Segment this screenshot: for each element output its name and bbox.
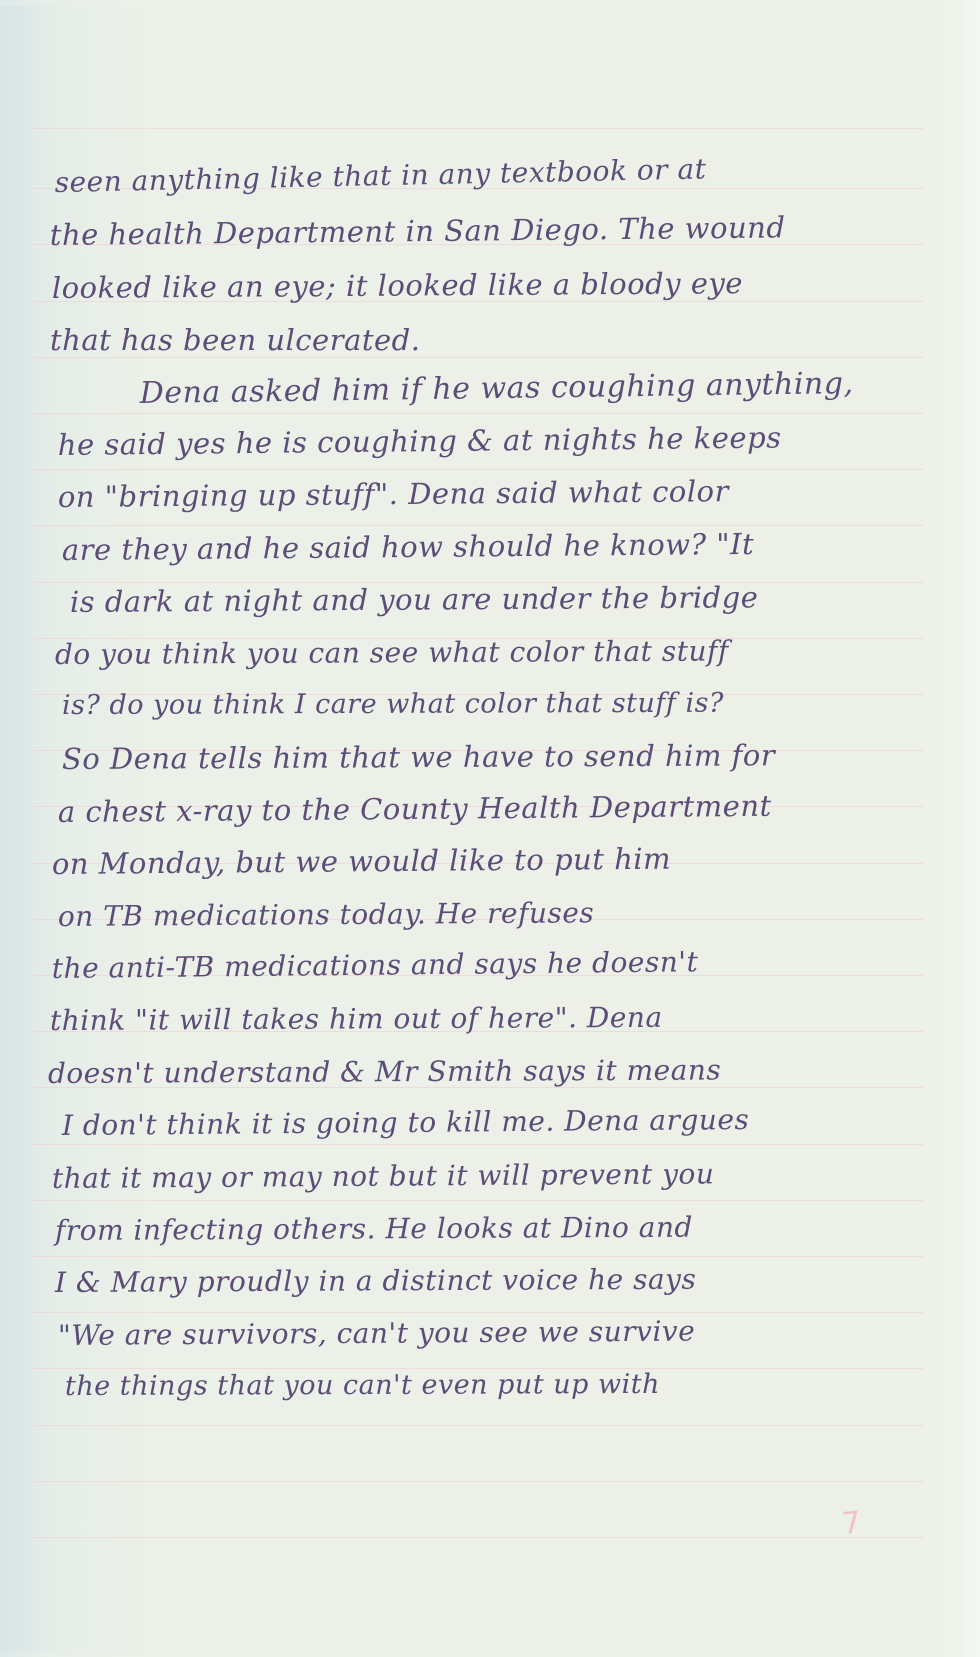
text-line: the things that you can't even put up wi… bbox=[65, 1369, 660, 1402]
text-line: he said yes he is coughing & at nights h… bbox=[58, 420, 782, 462]
text-line: doesn't understand & Mr Smith says it me… bbox=[48, 1053, 722, 1090]
text-line: do you think you can see what color that… bbox=[55, 634, 729, 671]
text-line: is dark at night and you are under the b… bbox=[70, 580, 759, 619]
page-number-mark: 7 bbox=[840, 1505, 863, 1542]
text-line: I & Mary proudly in a distinct voice he … bbox=[55, 1263, 697, 1299]
notebook-paper: seen anything like that in any textbook … bbox=[0, 6, 968, 1651]
text-line: "We are survivors, can't you see we surv… bbox=[58, 1314, 696, 1351]
text-line: think "it will takes him out of here". D… bbox=[50, 1001, 663, 1037]
text-line: on "bringing up stuff". Dena said what c… bbox=[58, 475, 729, 515]
text-line: on TB medications today. He refuses bbox=[58, 896, 595, 933]
text-line: on Monday, but we would like to put him bbox=[52, 842, 672, 881]
text-line: the health Department in San Diego. The … bbox=[50, 211, 786, 253]
text-line: that it may or may not but it will preve… bbox=[52, 1157, 715, 1195]
text-line: that has been ulcerated. bbox=[50, 323, 420, 357]
text-line: seen anything like that in any textbook … bbox=[54, 152, 706, 199]
text-line: Dena asked him if he was coughing anythi… bbox=[140, 366, 854, 411]
text-line: a chest x-ray to the County Health Depar… bbox=[58, 789, 772, 829]
text-line: looked like an eye; it looked like a blo… bbox=[52, 266, 743, 305]
text-line: the anti-TB medications and says he does… bbox=[52, 945, 699, 985]
text-line: I don't think it is going to kill me. De… bbox=[62, 1103, 750, 1142]
text-line: are they and he said how should he know?… bbox=[62, 527, 755, 567]
text-line: from infecting others. He looks at Dino … bbox=[55, 1211, 693, 1247]
text-line: is? do you think I care what color that … bbox=[62, 688, 724, 721]
handwritten-text: seen anything like that in any textbook … bbox=[0, 6, 968, 1651]
scanned-page: seen anything like that in any textbook … bbox=[0, 0, 980, 1657]
text-line: So Dena tells him that we have to send h… bbox=[62, 739, 775, 777]
